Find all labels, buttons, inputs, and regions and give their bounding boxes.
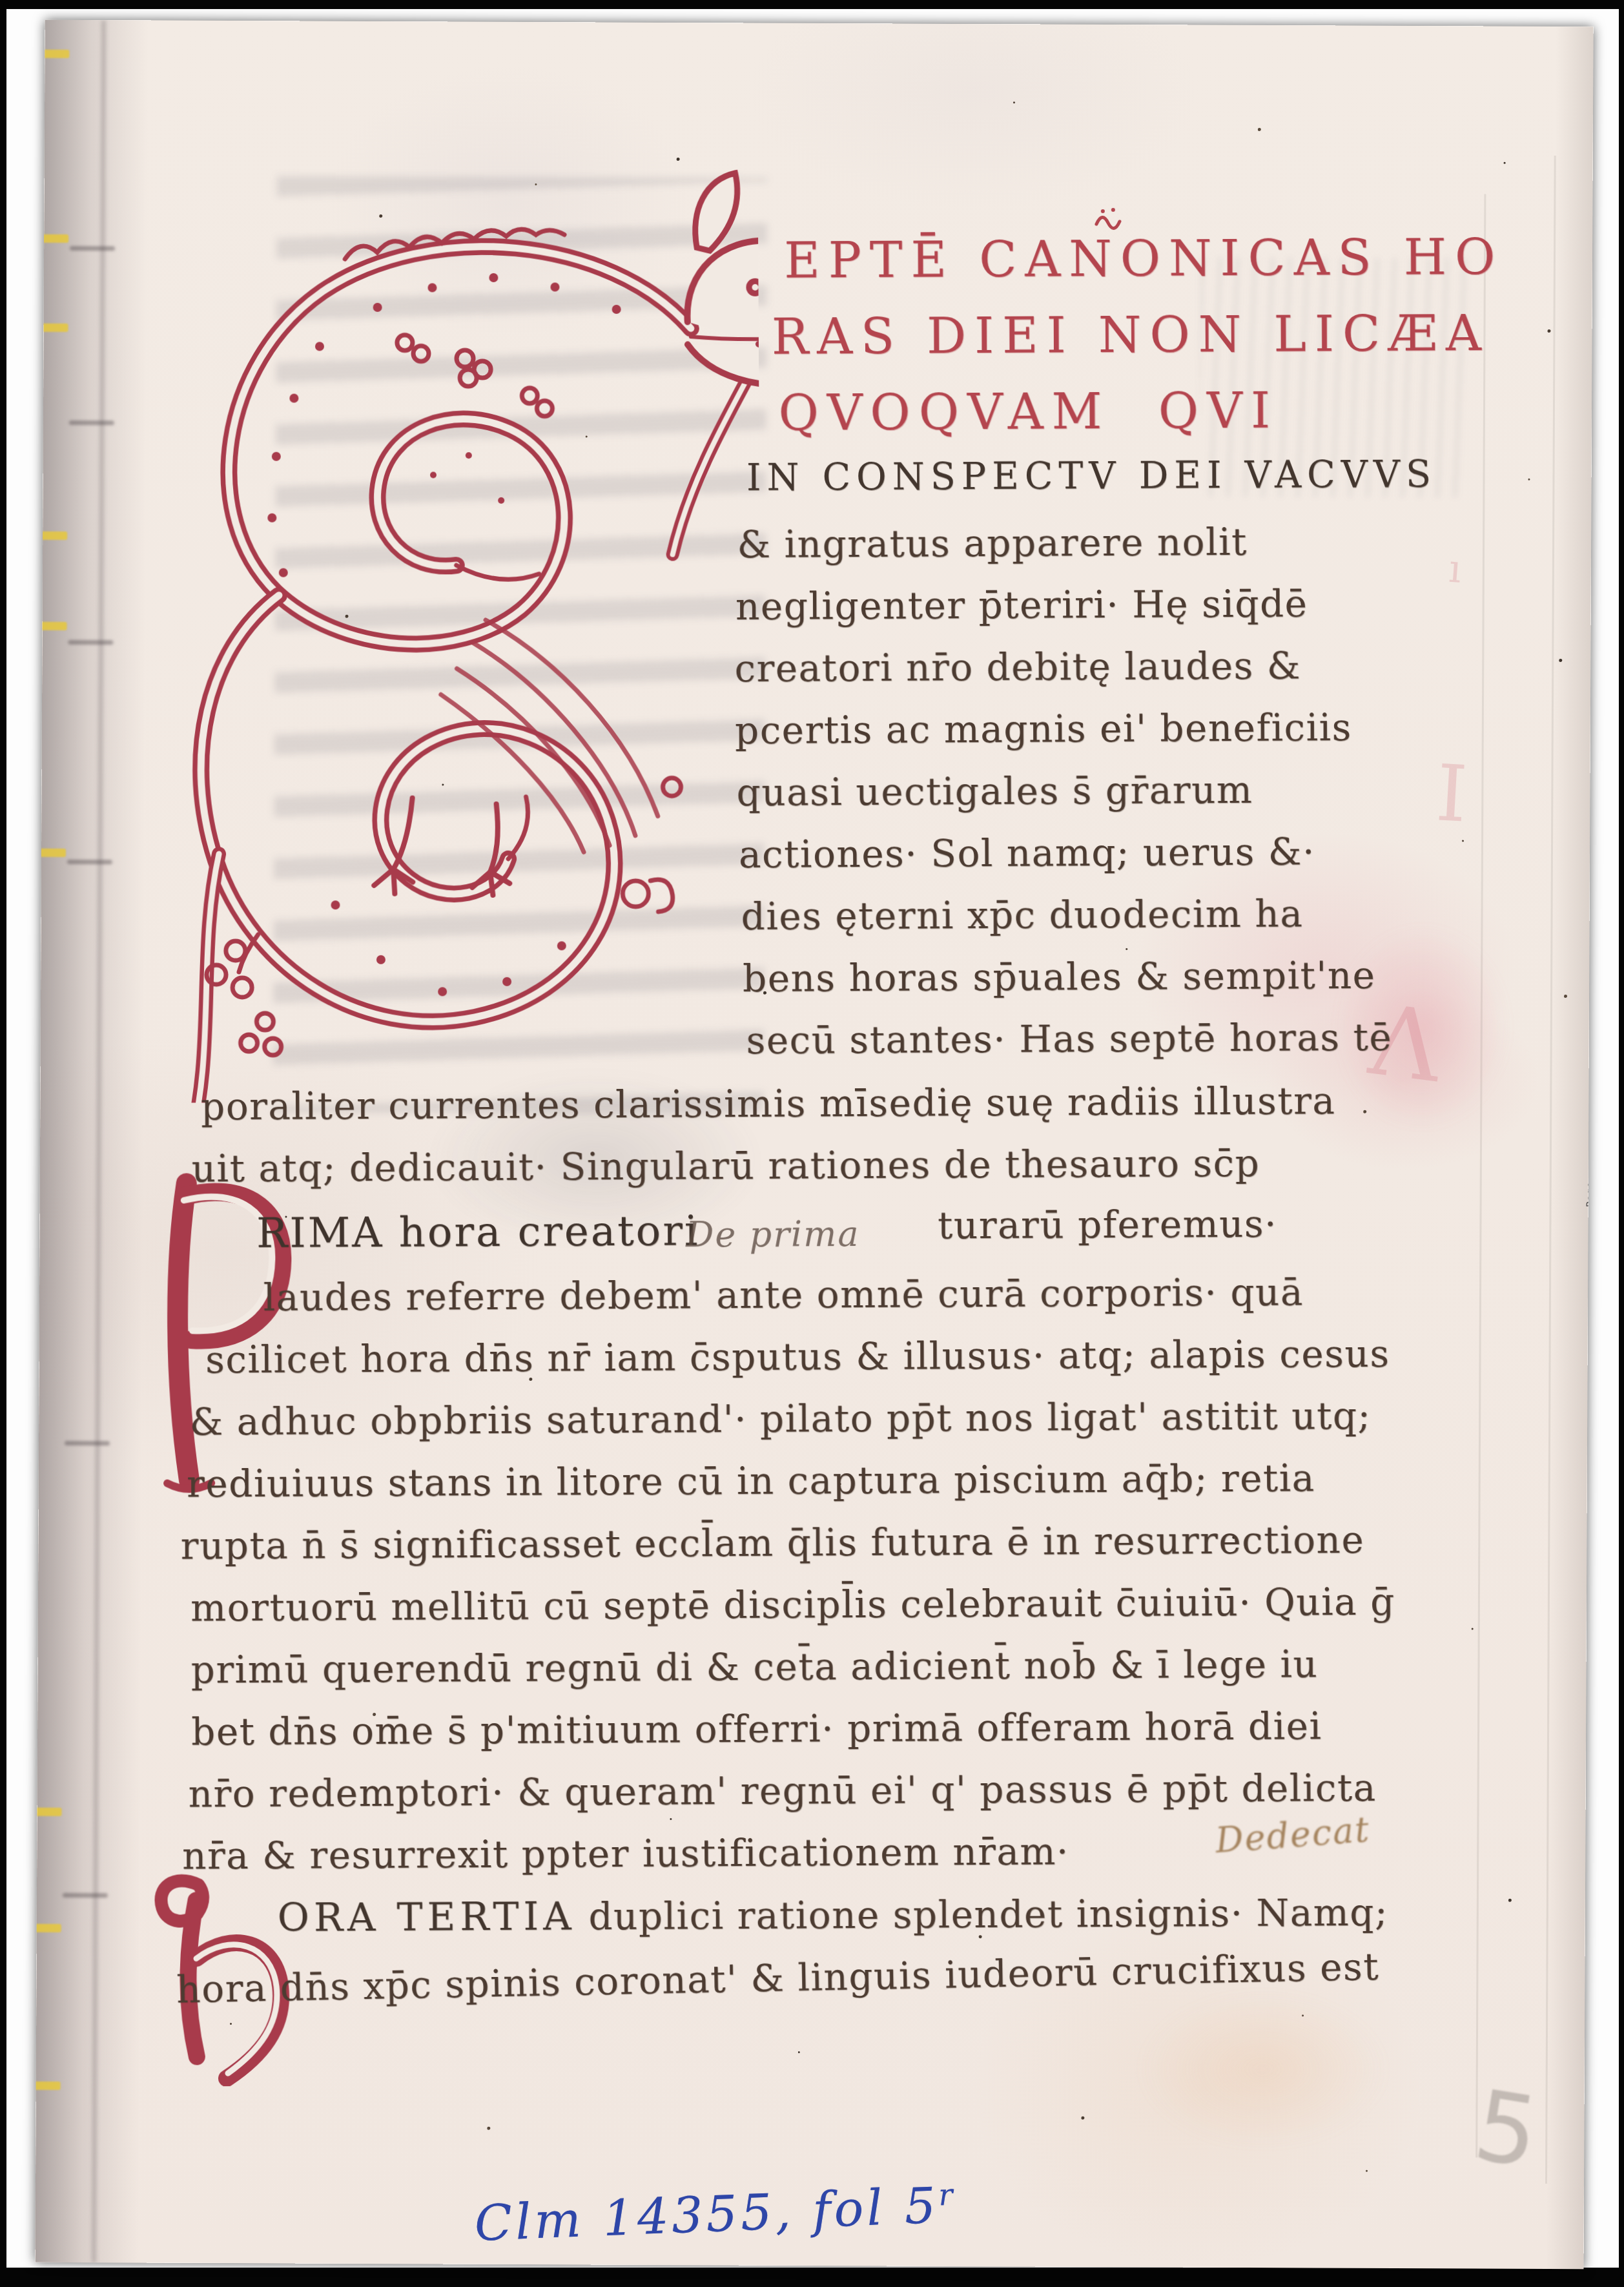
text-line: hora dn̄s xp̄c spinis coronat' & linguis… bbox=[176, 1948, 1380, 2009]
text-line: & adhuc obpbriis saturand'· pilato pp̄t … bbox=[190, 1397, 1372, 1441]
prima-capitals: RIMA hora creatori bbox=[256, 1210, 700, 1254]
tertia-rest: duplici ratione splendet insignis· Namq; bbox=[575, 1890, 1388, 1939]
rubric-line: RAS DIEI NON LICÆA bbox=[772, 309, 1490, 362]
text-line: nr̄o redemptori· & queram' regnū ei' q' … bbox=[189, 1769, 1377, 1813]
text-block: EPTĒ CANONICAS HO RAS DIEI NON LICÆA QVO… bbox=[35, 20, 1593, 2264]
text-line: secū stantes· Has septē horas tē bbox=[746, 1019, 1392, 1059]
red-flourish-mark bbox=[1094, 207, 1125, 231]
text-line: primū querendū regnū di & cet̄a adicient… bbox=[191, 1645, 1319, 1688]
text-line: scilicet hora dn̄s nr̄ iam c̄sputus & il… bbox=[205, 1335, 1390, 1379]
parchment-folio: ı I Λ bbox=[35, 20, 1593, 2269]
text-line: & ingratus apparere nolit bbox=[737, 523, 1248, 563]
text-line: dies ęterni xp̄c duodecim ha bbox=[741, 895, 1303, 935]
text-line: uit atq; dedicauit· Singularū rationes d… bbox=[191, 1144, 1260, 1188]
zoomorphic-initial-S bbox=[105, 150, 763, 1103]
rubric-line: EPTĒ CANONICAS HO bbox=[784, 233, 1504, 285]
text-line: turarū pferemus· bbox=[938, 1205, 1277, 1245]
incipit-capitals: IN CONSPECTV DEI VACVVS bbox=[746, 456, 1437, 497]
text-line: bet dn̄s om̄e s̄ p'mitiuum offerri· prim… bbox=[191, 1707, 1322, 1750]
text-line: laudes referre debem' ante omnē curā cor… bbox=[263, 1273, 1304, 1316]
later-hand-gloss: Dedecat bbox=[1214, 1809, 1372, 1861]
text-line: poraliter currentes clarissimis mīsedię … bbox=[201, 1082, 1336, 1125]
chapter-heading-de-prima: De prima bbox=[686, 1214, 860, 1255]
text-line: ORA TERTIA duplici ratione splendet insi… bbox=[278, 1893, 1389, 1938]
text-line: bens horas sp̄uales & sempit'ne bbox=[743, 957, 1376, 997]
text-line: creatori nr̄o debitę laudes & bbox=[734, 647, 1301, 687]
text-line: actiones· Sol namq; uerus &· bbox=[739, 833, 1315, 873]
shelfmark-superscript: r bbox=[938, 2177, 956, 2212]
text-line: quasi uectigales s̄ gr̄arum bbox=[736, 771, 1253, 811]
text-line: negligenter p̄teriri· Hę siq̄dē bbox=[735, 585, 1308, 625]
scanned-manuscript-page: ı I Λ bbox=[0, 0, 1624, 2287]
rubric-line: QVOQVAM QVI bbox=[778, 386, 1279, 438]
tertia-capitals: ORA TERTIA bbox=[278, 1894, 576, 1940]
text-line: rediuiuus stans in litore cū in captura … bbox=[187, 1459, 1315, 1502]
text-line: pcertis ac magnis ei' beneficiis bbox=[735, 709, 1352, 749]
text-line: mortuorū mellitū cū septē discipl̄is cel… bbox=[190, 1583, 1395, 1627]
text-line: rupta n̄ s̄ significasset eccl̄am q̄lis … bbox=[181, 1521, 1365, 1565]
text-line: nr̄a & resurrexit ppter iustificationem … bbox=[182, 1832, 1069, 1874]
